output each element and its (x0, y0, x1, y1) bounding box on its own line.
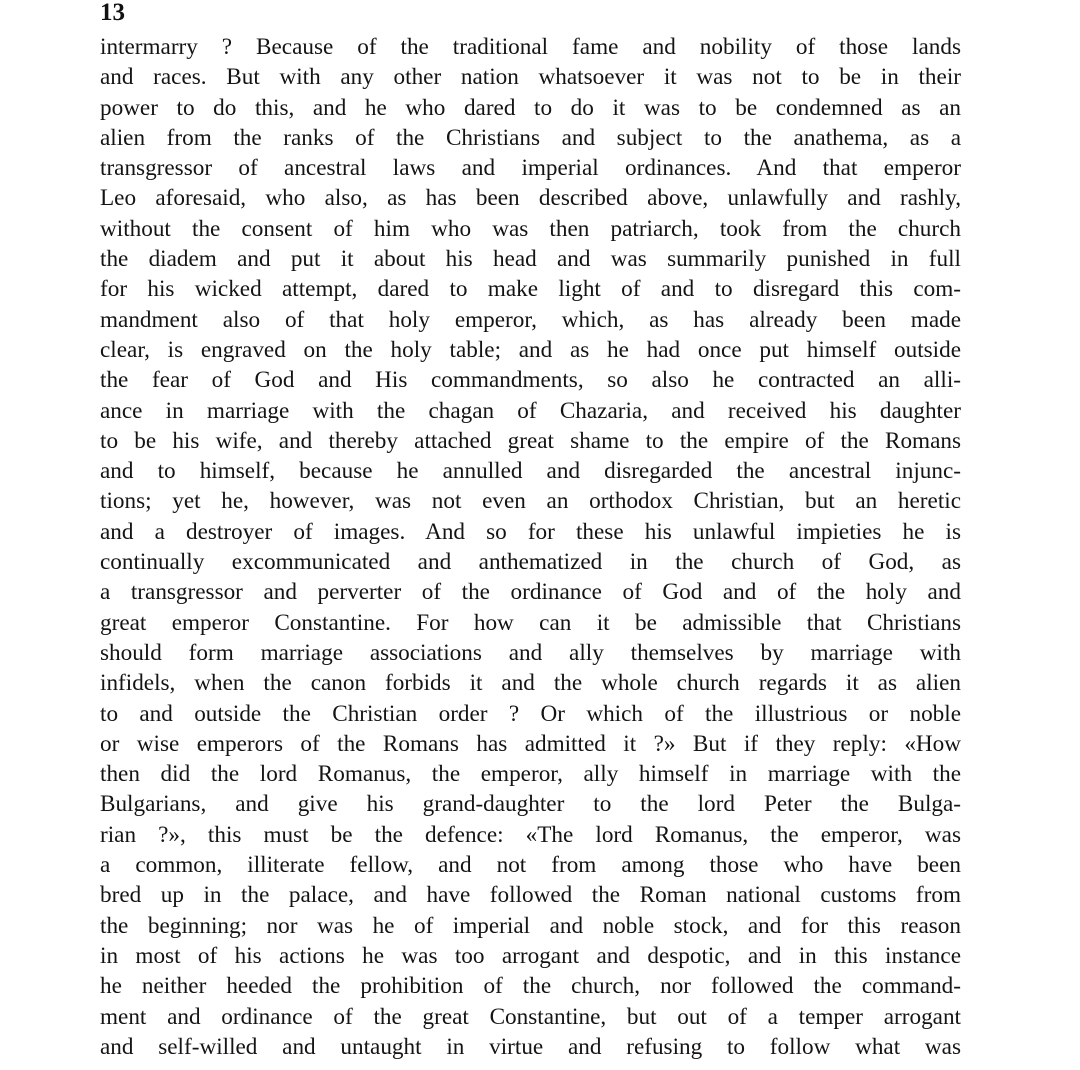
text-line: should form marriage associations and al… (100, 638, 961, 668)
book-page: 13 intermarry ? Because of the tradition… (0, 0, 1080, 1070)
text-line: power to do this, and he who dared to do… (100, 93, 961, 123)
text-line: the beginning; nor was he of imperial an… (100, 911, 961, 941)
text-line: transgressor of ancestral laws and imper… (100, 153, 961, 183)
text-line: Leo aforesaid, who also, as has been des… (100, 183, 961, 213)
text-line: the fear of God and His commandments, so… (100, 365, 961, 395)
text-line: ance in marriage with the chagan of Chaz… (100, 396, 961, 426)
text-line: infidels, when the canon forbids it and … (100, 668, 961, 698)
text-line: and to himself, because he annulled and … (100, 456, 961, 486)
text-line: bred up in the palace, and have followed… (100, 880, 961, 910)
text-line: rian ?», this must be the defence: «The … (100, 820, 961, 850)
text-line: mandment also of that holy emperor, whic… (100, 305, 961, 335)
text-line: and self-willed and untaught in virtue a… (100, 1032, 961, 1062)
text-line: then did the lord Romanus, the emperor, … (100, 759, 961, 789)
text-line: to and outside the Christian order ? Or … (100, 699, 961, 729)
text-line: he neither heeded the prohibition of the… (100, 971, 961, 1001)
body-text: intermarry ? Because of the traditional … (100, 32, 961, 1062)
text-line: ment and ordinance of the great Constant… (100, 1002, 961, 1032)
page-number: 13 (100, 0, 125, 26)
text-line: the diadem and put it about his head and… (100, 244, 961, 274)
text-line: without the consent of him who was then … (100, 214, 961, 244)
text-line: or wise emperors of the Romans has admit… (100, 729, 961, 759)
text-line: alien from the ranks of the Christians a… (100, 123, 961, 153)
text-line: to be his wife, and thereby attached gre… (100, 426, 961, 456)
text-line: intermarry ? Because of the traditional … (100, 32, 961, 62)
text-line: Bulgarians, and give his grand-daughter … (100, 789, 961, 819)
text-line: and a destroyer of images. And so for th… (100, 517, 961, 547)
text-line: in most of his actions he was too arroga… (100, 941, 961, 971)
text-line: for his wicked attempt, dared to make li… (100, 274, 961, 304)
text-line: great emperor Constantine. For how can i… (100, 608, 961, 638)
text-line: clear, is engraved on the holy table; an… (100, 335, 961, 365)
text-line: continually excommunicated and anthemati… (100, 547, 961, 577)
text-line: tions; yet he, however, was not even an … (100, 486, 961, 516)
text-line: and races. But with any other nation wha… (100, 62, 961, 92)
text-line: a transgressor and perverter of the ordi… (100, 577, 961, 607)
text-line: a common, illiterate fellow, and not fro… (100, 850, 961, 880)
